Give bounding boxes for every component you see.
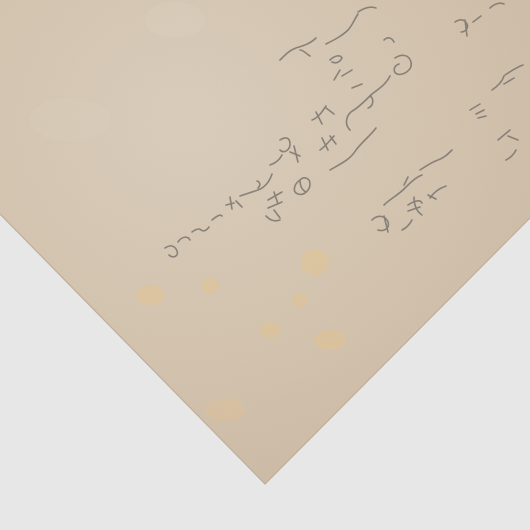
paper-corner-photo <box>0 0 530 530</box>
